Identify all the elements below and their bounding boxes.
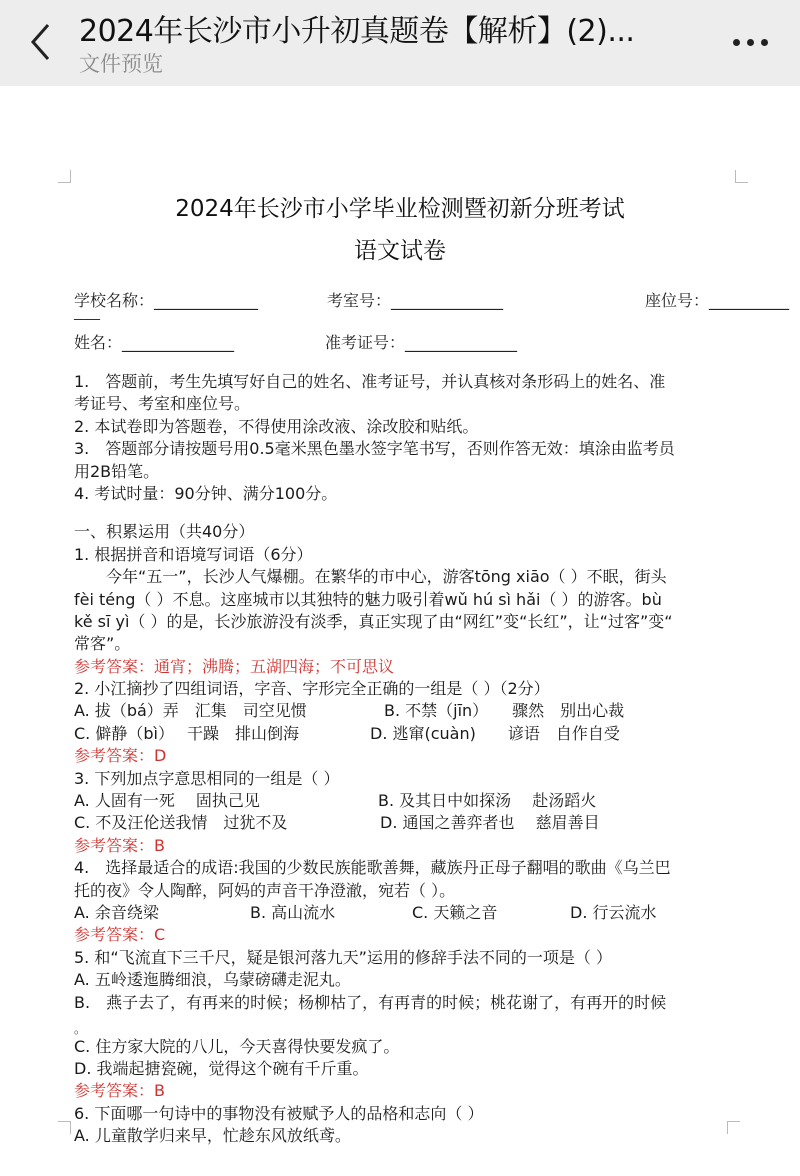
file-title: 2024年长沙市小升初真题卷【解析】(2)...	[79, 6, 634, 50]
question-6-stem: 6. 下面哪一句诗中的事物没有被赋予人的品格和志向（ ）	[74, 1103, 734, 1125]
question-2-options-row: A. 拔（bá）弄 汇集 司空见惯 B. 不禁（jīn） 骤然 别出心裁	[74, 700, 734, 722]
instruction-line: 用2B铅笔。	[74, 461, 734, 483]
question-5-stem: 5. 和“飞流直下三千尺，疑是银河落九天”运用的修辞手法不同的一项是（ ）	[74, 947, 734, 969]
file-subtitle: 文件预览	[79, 48, 163, 78]
question-1-line: 常客”。	[74, 633, 734, 655]
option-b: B. 高山流水	[250, 902, 412, 924]
option-a: A. 拔（bá）弄 汇集 司空见惯	[74, 700, 384, 722]
option-b-overflow: 。	[74, 1018, 734, 1036]
top-app-bar: 2024年长沙市小升初真题卷【解析】(2)... 文件预览	[0, 0, 800, 86]
option-c: C. 不及汪伦送我情 过犹不及	[74, 812, 380, 834]
document-subtitle: 语文试卷	[0, 232, 800, 265]
question-4-stem: 托的夜》令人陶醉，阿妈的声音干净澄澈，宛若（ ）。	[74, 880, 734, 902]
exam-id-field: 准考证号：______________	[325, 330, 517, 353]
question-1-line: fèi téng（ ）不息。这座城市以其独特的魅力吸引着wǔ hú sì hǎi…	[74, 589, 734, 611]
more-horizontal-icon	[733, 39, 740, 46]
section-heading: 一、积累运用（共40分）	[74, 521, 734, 543]
seat-field: 座位号：__________	[645, 288, 789, 311]
question-1-line: kě sī yì（ ）的是，长沙旅游没有淡季，真正实现了由“网红”变“长红”，让…	[74, 611, 734, 633]
instruction-line: 2. 本试卷即为答题卷，不得使用涂改液、涂改胶和贴纸。	[74, 416, 734, 438]
page-corner-mark	[58, 170, 71, 183]
option-d: D. 通国之善弈者也 慈眉善目	[380, 812, 600, 834]
page-corner-mark	[735, 170, 748, 183]
option-b: B. 不禁（jīn） 骤然 别出心裁	[384, 700, 624, 722]
seat-field-overflow: ____	[74, 306, 100, 321]
option-a: A. 人固有一死 固执己见	[74, 790, 378, 812]
answer-5: 参考答案：B	[74, 1080, 734, 1102]
answer-4: 参考答案：C	[74, 924, 734, 946]
option-c: C. 住方家大院的八儿，今天喜得快要发疯了。	[74, 1036, 734, 1058]
spacer	[74, 505, 734, 521]
option-c: C. 天籁之音	[412, 902, 570, 924]
question-3-stem: 3. 下列加点字意思相同的一组是（ ）	[74, 768, 734, 790]
more-dot	[747, 39, 754, 46]
question-4-options-row: A. 余音绕梁 B. 高山流水 C. 天籁之音 D. 行云流水	[74, 902, 734, 924]
name-field: 姓名：______________	[74, 330, 234, 353]
back-button[interactable]	[22, 18, 58, 66]
option-b: B. 燕子去了，有再来的时候；杨柳枯了，有再青的时候；桃花谢了，有再开的时候	[74, 992, 734, 1018]
more-dot	[761, 39, 768, 46]
question-1-line: 今年“五一”，长沙人气爆棚。在繁华的市中心，游客tōng xiāo（ ）不眠，街…	[74, 566, 734, 588]
option-c: C. 僻静（bì） 干躁 排山倒海	[74, 723, 370, 745]
option-a: A. 儿童散学归来早，忙趁东风放纸鸢。	[74, 1125, 734, 1147]
more-options-button[interactable]	[718, 22, 782, 62]
answer-1: 参考答案：通宵；沸腾；五湖四海；不可思议	[74, 656, 734, 678]
answer-2: 参考答案：D	[74, 745, 734, 767]
chevron-left-icon	[29, 22, 51, 62]
question-4-stem: 4. 选择最适合的成语:我国的少数民族能歌善舞，藏族丹正母子翻唱的歌曲《乌兰巴	[74, 857, 734, 879]
question-3-options-row: A. 人固有一死 固执己见 B. 及其日中如探汤 赴汤蹈火	[74, 790, 734, 812]
option-a: A. 余音绕梁	[74, 902, 250, 924]
instruction-line: 4. 考试时量：90分钟、满分100分。	[74, 483, 734, 505]
document-body: 1. 答题前，考生先填写好自己的姓名、准考证号，并认真核对条形码上的姓名、准 考…	[74, 371, 734, 1148]
page-corner-mark	[58, 1121, 71, 1134]
option-d: D. 我端起搪瓷碗，觉得这个碗有千斤重。	[74, 1058, 734, 1080]
room-field: 考室号：______________	[327, 288, 503, 311]
document-title: 2024年长沙市小学毕业检测暨初新分班考试	[0, 190, 800, 223]
instruction-line: 考证号、考室和座位号。	[74, 393, 734, 415]
school-field: 学校名称：_____________	[74, 288, 258, 311]
question-1-stem: 1. 根据拼音和语境写词语（6分）	[74, 544, 734, 566]
option-d: D. 逃窜(cuàn) 谚语 自作自受	[370, 723, 620, 745]
option-b: B. 及其日中如探汤 赴汤蹈火	[378, 790, 596, 812]
option-d: D. 行云流水	[570, 902, 657, 924]
question-2-options-row: C. 僻静（bì） 干躁 排山倒海 D. 逃窜(cuàn) 谚语 自作自受	[74, 723, 734, 745]
question-3-options-row: C. 不及汪伦送我情 过犹不及 D. 通国之善弈者也 慈眉善目	[74, 812, 734, 834]
instruction-line: 1. 答题前，考生先填写好自己的姓名、准考证号，并认真核对条形码上的姓名、准	[74, 371, 734, 393]
question-2-stem: 2. 小江摘抄了四组词语，字音、字形完全正确的一组是（ ）（2分）	[74, 678, 734, 700]
answer-3: 参考答案：B	[74, 835, 734, 857]
option-a: A. 五岭逶迤腾细浪，乌蒙磅礴走泥丸。	[74, 969, 734, 991]
instruction-line: 3. 答题部分请按题号用0.5毫米黑色墨水签字笔书写，否则作答无效：填涂由监考员	[74, 438, 734, 460]
